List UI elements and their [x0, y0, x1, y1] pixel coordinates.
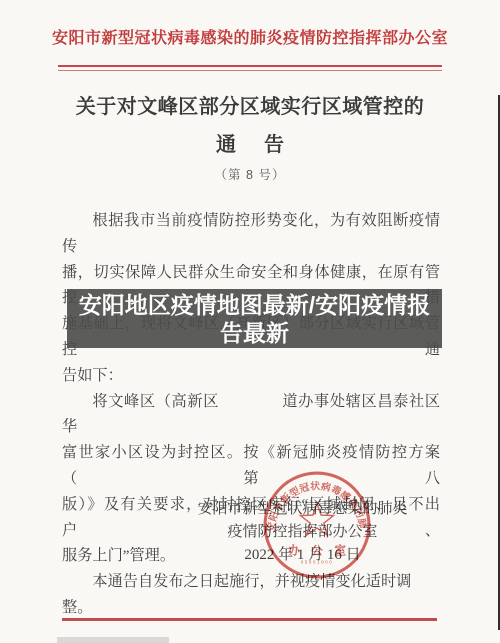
bottom-red-rule — [62, 618, 437, 621]
svg-text:安阳市新型冠状病毒感染的肺炎疫情防控指挥部: 安阳市新型冠状病毒感染的肺炎疫情防控指挥部 — [261, 469, 369, 533]
body-line: 告如下： — [62, 363, 440, 389]
caption-overlay: 安阳地区疫情地图最新/安阳疫情报告最新 — [67, 289, 442, 348]
scanned-notice-page: 安阳市新型冠状病毒感染的肺炎疫情防控指挥部办公室 关于对文峰区部分区域实行区域管… — [0, 0, 500, 643]
body-line: 富世家小区设为封控区。按《新冠肺炎疫情防控方案（第八 — [62, 440, 440, 492]
scan-smudge — [57, 637, 169, 643]
letterhead-double-rule — [58, 65, 442, 71]
official-seal-stamp-icon: 安阳市新型冠状病毒感染的肺炎疫情防控指挥部 办 公 室 05901900 — [261, 469, 373, 581]
seal-star-icon — [301, 504, 334, 535]
caption-text: 安阳地区疫情地图最新/安阳疫情报告最新 — [69, 291, 440, 347]
body-line: 根据我市当前疫情防控形势变化，为有效阻断疫情传 — [62, 208, 440, 260]
title-char-gao: 告 — [264, 134, 284, 156]
body-line: 将文峰区（高新区 道办事处辖区昌泰社区华 — [62, 389, 440, 441]
seal-office-label: 办 公 室 — [288, 544, 350, 558]
issue-number: （第 8 号） — [0, 165, 500, 183]
notice-title-line2: 通告 — [0, 128, 500, 157]
title-char-tong: 通 — [216, 134, 236, 156]
seal-serial-number: 05901900 — [301, 560, 334, 565]
notice-title-line1: 关于对文峰区部分区域实行区域管控的 — [0, 90, 500, 119]
body-line: 本通告自发布之日起施行，并视疫情变化适时调整。 — [62, 569, 440, 621]
letterhead-title: 安阳市新型冠状病毒感染的肺炎疫情防控指挥部办公室 — [0, 0, 500, 48]
seal-ring-text: 安阳市新型冠状病毒感染的肺炎疫情防控指挥部 — [261, 469, 369, 533]
